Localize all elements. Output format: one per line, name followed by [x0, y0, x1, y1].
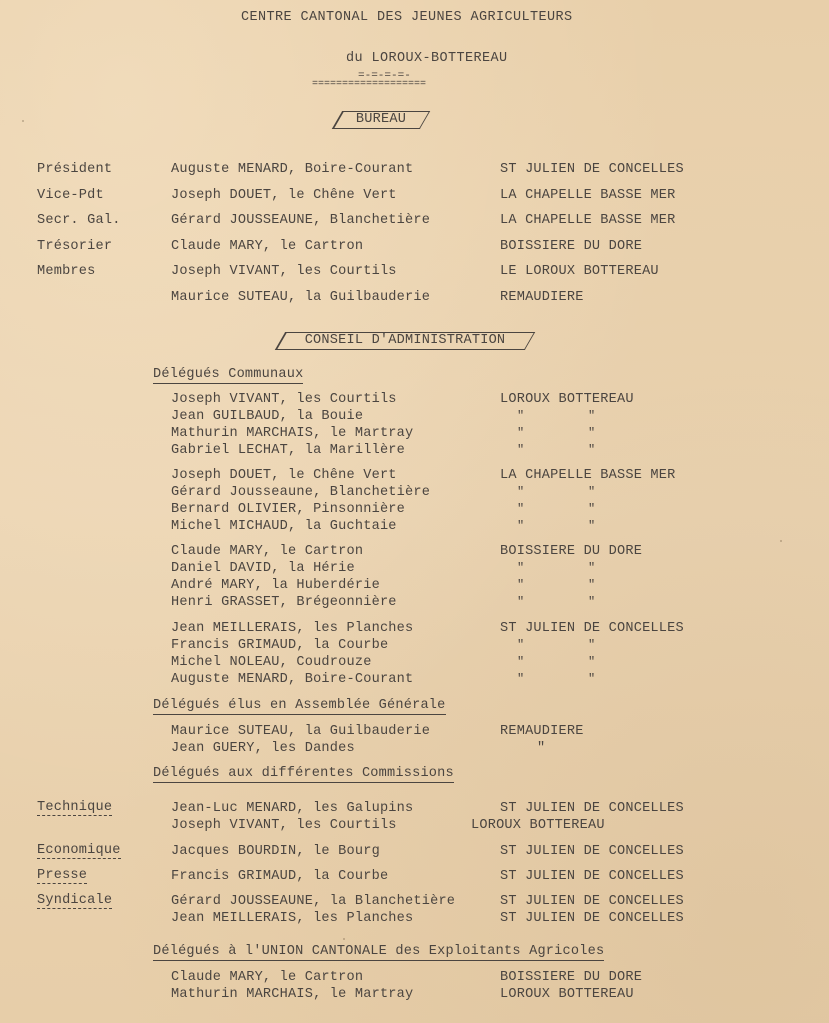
ditto-mark: " [517, 654, 524, 671]
subtitle-text: du LOROUX-BOTTEREAU [346, 51, 508, 66]
union-delegate-place: BOISSIERE DU DORE [500, 969, 642, 986]
elu-name: Jean GUERY, les Dandes [171, 740, 355, 757]
delegate-name: Francis GRIMAUD, la Courbe [171, 637, 388, 654]
ditto-mark: " [588, 518, 595, 535]
delegate-name: Joseph VIVANT, les Courtils [171, 391, 397, 408]
bureau-role: Vice-Pdt [37, 188, 104, 203]
delegate-name: Mathurin MARCHAIS, le Martray [171, 425, 413, 442]
elu-place: " [537, 740, 545, 757]
commission-member-place: ST JULIEN DE CONCELLES [500, 910, 684, 927]
bureau-role: Trésorier [37, 239, 112, 254]
ditto-mark: " [517, 637, 524, 654]
ditto-mark: " [588, 577, 595, 594]
ditto-mark: " [517, 577, 524, 594]
bureau-member-place: LA CHAPELLE BASSE MER [500, 213, 676, 228]
bureau-role: Président [37, 162, 112, 177]
bureau-member-name: Joseph DOUET, le Chêne Vert [171, 188, 397, 203]
delegate-place: LOROUX BOTTEREAU [500, 391, 634, 408]
ditto-mark: " [517, 594, 524, 611]
union-delegate-place: LOROUX BOTTEREAU [500, 986, 634, 1003]
delegate-name: Michel MICHAUD, la Guchtaie [171, 518, 397, 535]
commission-label: Economique [37, 843, 121, 859]
ditto-mark: " [588, 442, 595, 459]
ditto-mark: " [517, 501, 524, 518]
commission-member-name: Gérard JOUSSEAUNE, la Blanchetière [171, 893, 455, 910]
bureau-member-name: Maurice SUTEAU, la Guilbauderie [171, 290, 430, 305]
commission-label: Technique [37, 800, 112, 816]
ditto-mark: " [517, 671, 524, 688]
delegate-name: Claude MARY, le Cartron [171, 543, 363, 560]
elus-heading: Délégués élus en Assemblée Générale [153, 698, 446, 715]
union-delegate-name: Claude MARY, le Cartron [171, 969, 363, 986]
delegate-name: Henri GRASSET, Brégeonnière [171, 594, 397, 611]
ditto-mark: " [588, 501, 595, 518]
ditto-mark: " [517, 518, 524, 535]
bureau-heading: BUREAU [356, 112, 406, 127]
ditto-mark: " [588, 408, 595, 425]
ditto-mark: " [517, 560, 524, 577]
communaux-heading: Délégués Communaux [153, 367, 303, 384]
ditto-mark: " [588, 654, 595, 671]
ditto-mark: " [588, 560, 595, 577]
bureau-member-place: BOISSIERE DU DORE [500, 239, 642, 254]
commission-member-place: ST JULIEN DE CONCELLES [500, 800, 684, 817]
conseil-heading: CONSEIL D'ADMINISTRATION [305, 333, 506, 348]
commission-member-name: Joseph VIVANT, les Courtils [171, 817, 397, 834]
elu-name: Maurice SUTEAU, la Guilbauderie [171, 723, 430, 740]
delegate-name: Daniel DAVID, la Hérie [171, 560, 355, 577]
conseil-heading-box: CONSEIL D'ADMINISTRATION [280, 332, 530, 350]
delegate-place: ST JULIEN DE CONCELLES [500, 620, 684, 637]
commission-member-place: LOROUX BOTTEREAU [471, 817, 605, 834]
bureau-member-place: LA CHAPELLE BASSE MER [500, 188, 676, 203]
ditto-mark: " [517, 442, 524, 459]
commission-member-place: ST JULIEN DE CONCELLES [500, 868, 684, 885]
paper-speck [780, 540, 782, 542]
bureau-role: Secr. Gal. [37, 213, 121, 228]
bureau-member-place: ST JULIEN DE CONCELLES [500, 162, 684, 177]
bureau-member-name: Joseph VIVANT, les Courtils [171, 264, 397, 279]
delegate-place: BOISSIERE DU DORE [500, 543, 642, 560]
union-delegate-name: Mathurin MARCHAIS, le Martray [171, 986, 413, 1003]
paper-speck [22, 120, 24, 122]
delegate-name: Joseph DOUET, le Chêne Vert [171, 467, 397, 484]
bureau-member-name: Auguste MENARD, Boire-Courant [171, 162, 413, 177]
ditto-mark: " [588, 484, 595, 501]
commission-member-name: Jean-Luc MENARD, les Galupins [171, 800, 413, 817]
bureau-member-name: Gérard JOUSSEAUNE, Blanchetière [171, 213, 430, 228]
commission-member-name: Jean MEILLERAIS, les Planches [171, 910, 413, 927]
commissions-heading: Délégués aux différentes Commissions [153, 766, 454, 783]
bureau-member-place: REMAUDIERE [500, 290, 584, 305]
bureau-member-place: LE LOROUX BOTTEREAU [500, 264, 659, 279]
bureau-role: Membres [37, 264, 96, 279]
subtitle-double-underline: =================== [312, 82, 508, 88]
ditto-mark: " [517, 408, 524, 425]
commission-member-place: ST JULIEN DE CONCELLES [500, 843, 684, 860]
delegate-name: André MARY, la Huberdérie [171, 577, 380, 594]
ditto-mark: " [588, 671, 595, 688]
delegate-name: Auguste MENARD, Boire-Courant [171, 671, 413, 688]
ditto-mark: " [588, 594, 595, 611]
document-page: CENTRE CANTONAL DES JEUNES AGRICULTEURS … [0, 0, 829, 1023]
header-ornament: =-=-=-=- [358, 70, 411, 82]
delegate-name: Jean GUILBAUD, la Bouie [171, 408, 363, 425]
delegate-name: Bernard OLIVIER, Pinsonnière [171, 501, 405, 518]
commission-label: Syndicale [37, 893, 112, 909]
delegate-name: Gérard Jousseaune, Blanchetière [171, 484, 430, 501]
elu-place: REMAUDIERE [500, 723, 584, 740]
delegate-name: Gabriel LECHAT, la Marillère [171, 442, 405, 459]
commission-member-name: Francis GRIMAUD, la Courbe [171, 868, 388, 885]
paper-speck [343, 938, 345, 940]
bureau-heading-box: BUREAU [337, 111, 425, 129]
union-heading: Délégués à l'UNION CANTONALE des Exploit… [153, 944, 604, 961]
ditto-mark: " [517, 484, 524, 501]
delegate-place: LA CHAPELLE BASSE MER [500, 467, 676, 484]
ditto-mark: " [588, 425, 595, 442]
ditto-mark: " [517, 425, 524, 442]
delegate-name: Michel NOLEAU, Coudrouze [171, 654, 372, 671]
document-title: CENTRE CANTONAL DES JEUNES AGRICULTEURS [241, 10, 573, 25]
bureau-member-name: Claude MARY, le Cartron [171, 239, 363, 254]
delegate-name: Jean MEILLERAIS, les Planches [171, 620, 413, 637]
commission-member-place: ST JULIEN DE CONCELLES [500, 893, 684, 910]
commission-member-name: Jacques BOURDIN, le Bourg [171, 843, 380, 860]
ditto-mark: " [588, 637, 595, 654]
commission-label: Presse [37, 868, 87, 884]
